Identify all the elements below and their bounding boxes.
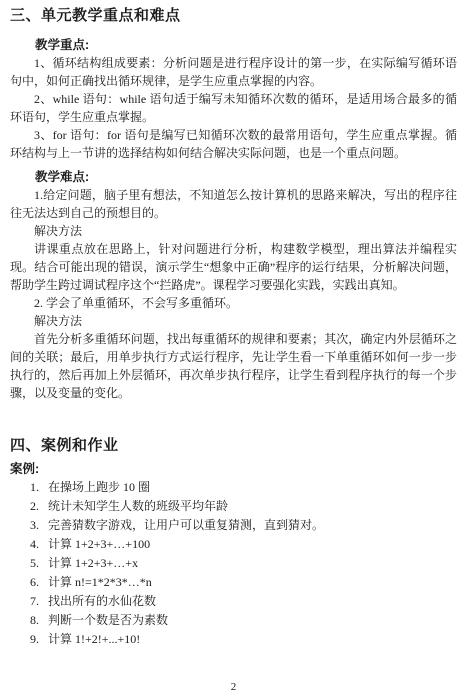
case-number: 2. <box>30 497 48 516</box>
document-page: 三、单元教学重点和难点 教学重点: 1、循环结构组成要素：分析问题是进行程序设计… <box>0 0 467 700</box>
case-text: 统计未知学生人数的班级平均年龄 <box>48 497 228 516</box>
case-text: 计算 n!=1*2*3*…*n <box>48 573 152 592</box>
case-item: 4.计算 1+2+3+…+100 <box>30 535 457 554</box>
key-point-paragraph-1: 1、循环结构组成要素：分析问题是进行程序设计的第一步，在实际编写循环语句中，如何… <box>10 54 457 90</box>
case-item: 8.判断一个数是否为素数 <box>30 611 457 630</box>
solution-label-1: 解决方法 <box>10 222 457 240</box>
case-text: 计算 1+2+3+…+100 <box>48 535 150 554</box>
page-number: 2 <box>0 681 467 693</box>
case-number: 7. <box>30 592 48 611</box>
case-text: 在操场上跑步 10 圈 <box>48 478 150 497</box>
difficulty-paragraph-1: 1.给定问题，脑子里有想法，不知道怎么按计算机的思路来解决，写出的程序往往无法达… <box>10 186 457 222</box>
section4-heading: 四、案例和作业 <box>10 436 457 456</box>
solution-paragraph-1: 讲课重点放在思路上，针对问题进行分析，构建数学模型，理出算法并编程实现。结合可能… <box>10 240 457 294</box>
case-number: 6. <box>30 573 48 592</box>
case-item: 2.统计未知学生人数的班级平均年龄 <box>30 497 457 516</box>
key-point-paragraph-2: 2、while 语句：while 语句适于编写未知循环次数的循环，是适用场合最多… <box>10 90 457 126</box>
solution-label-2: 解决方法 <box>10 312 457 330</box>
difficulty-paragraph-2: 2. 学会了单重循环，不会写多重循环。 <box>10 294 457 312</box>
case-item: 1.在操场上跑步 10 圈 <box>30 478 457 497</box>
case-text: 判断一个数是否为素数 <box>48 611 168 630</box>
case-number: 1. <box>30 478 48 497</box>
case-number: 8. <box>30 611 48 630</box>
case-text: 找出所有的水仙花数 <box>48 592 156 611</box>
cases-title: 案例: <box>10 460 457 478</box>
cases-list: 1.在操场上跑步 10 圈 2.统计未知学生人数的班级平均年龄 3.完善猜数字游… <box>10 478 457 649</box>
case-item: 5.计算 1+2+3+…+x <box>30 554 457 573</box>
case-text: 计算 1!+2!+...+10! <box>48 630 140 649</box>
case-number: 4. <box>30 535 48 554</box>
section3-heading: 三、单元教学重点和难点 <box>10 6 457 26</box>
case-text: 完善猜数字游戏，让用户可以重复猜测，直到猜对。 <box>48 516 324 535</box>
case-item: 7.找出所有的水仙花数 <box>30 592 457 611</box>
key-point-paragraph-3: 3、for 语句：for 语句是编写已知循环次数的最常用语句，学生应重点掌握。循… <box>10 126 457 162</box>
difficulties-title: 教学难点: <box>10 168 457 186</box>
case-number: 9. <box>30 630 48 649</box>
case-text: 计算 1+2+3+…+x <box>48 554 138 573</box>
case-item: 6.计算 n!=1*2*3*…*n <box>30 573 457 592</box>
key-points-title: 教学重点: <box>10 36 457 54</box>
case-item: 3.完善猜数字游戏，让用户可以重复猜测，直到猜对。 <box>30 516 457 535</box>
case-number: 5. <box>30 554 48 573</box>
case-number: 3. <box>30 516 48 535</box>
solution-paragraph-2: 首先分析多重循环问题，找出每重循环的规律和要素；其次，确定内外层循环之间的关联；… <box>10 330 457 402</box>
case-item: 9.计算 1!+2!+...+10! <box>30 630 457 649</box>
